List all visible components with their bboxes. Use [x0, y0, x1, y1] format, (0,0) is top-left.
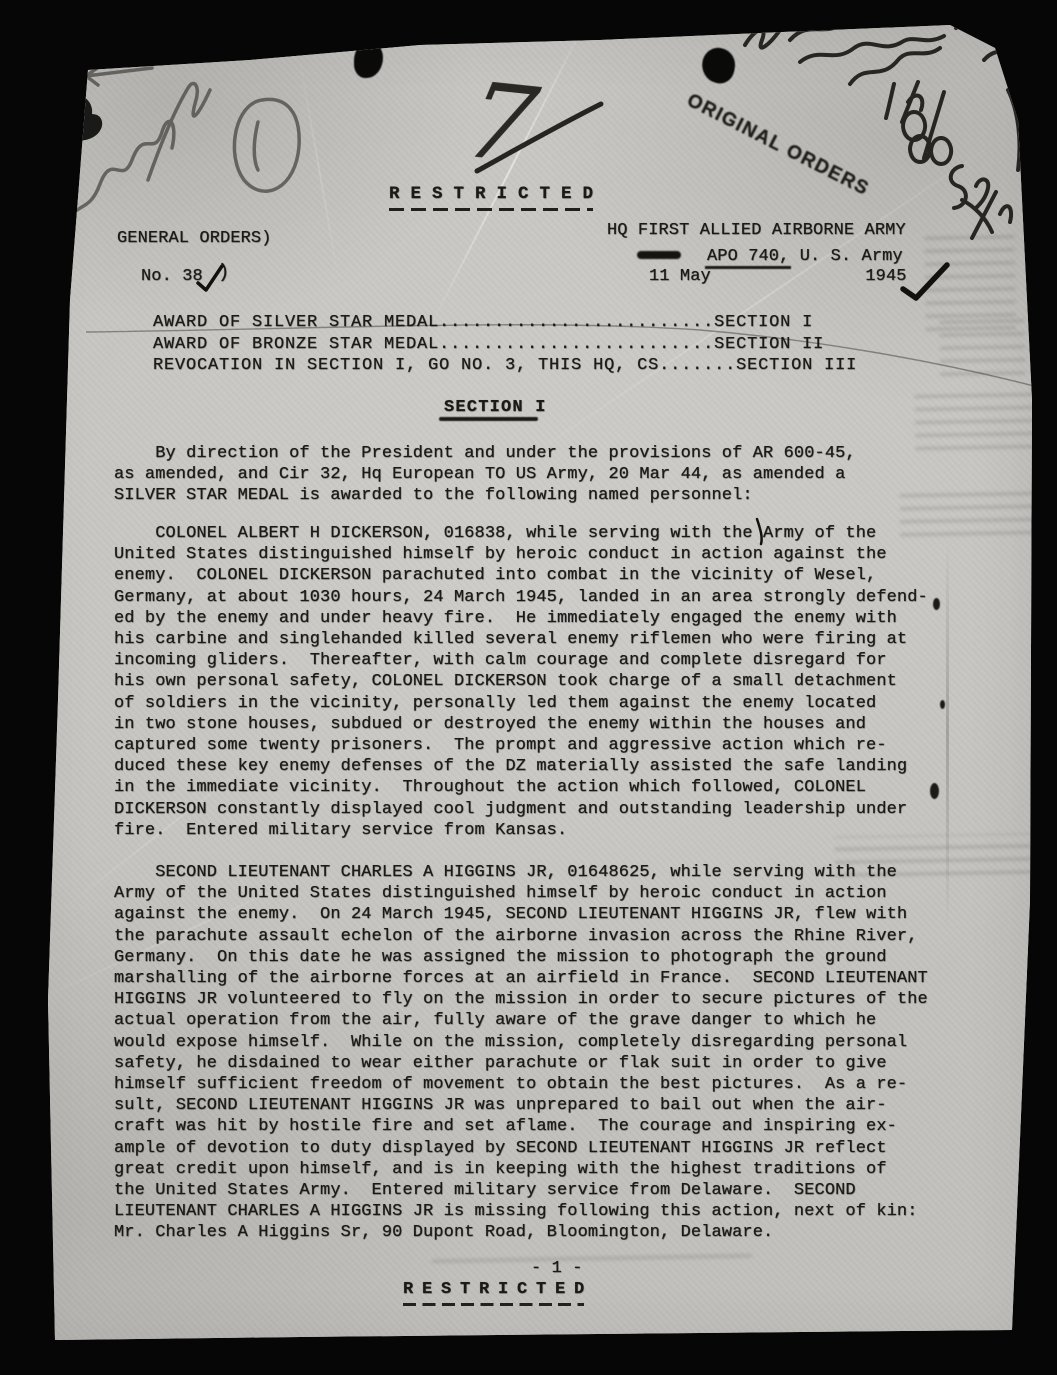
ink-tick [757, 519, 762, 544]
handwritten-checkmark-date [903, 265, 947, 298]
pen-scribbles [745, 10, 1026, 238]
paper-sheet: RESTRICTED GENERAL ORDERS) No. 38 ) HQ F… [0, 0, 1057, 1375]
pencil-scrawl [60, 66, 299, 232]
handwritten-checkmark-order-number [198, 266, 222, 290]
paper-crease-line [86, 325, 1034, 386]
ink-splotch [52, 94, 102, 140]
scanned-document: { "colors": { "paper": "#c6c5c1", "ink":… [0, 0, 1057, 1375]
arrow-mark [86, 66, 152, 85]
handwritten-annotations [0, 0, 1057, 1375]
numeral-7-cross-stroke [477, 104, 601, 171]
circled-mark [234, 99, 299, 191]
